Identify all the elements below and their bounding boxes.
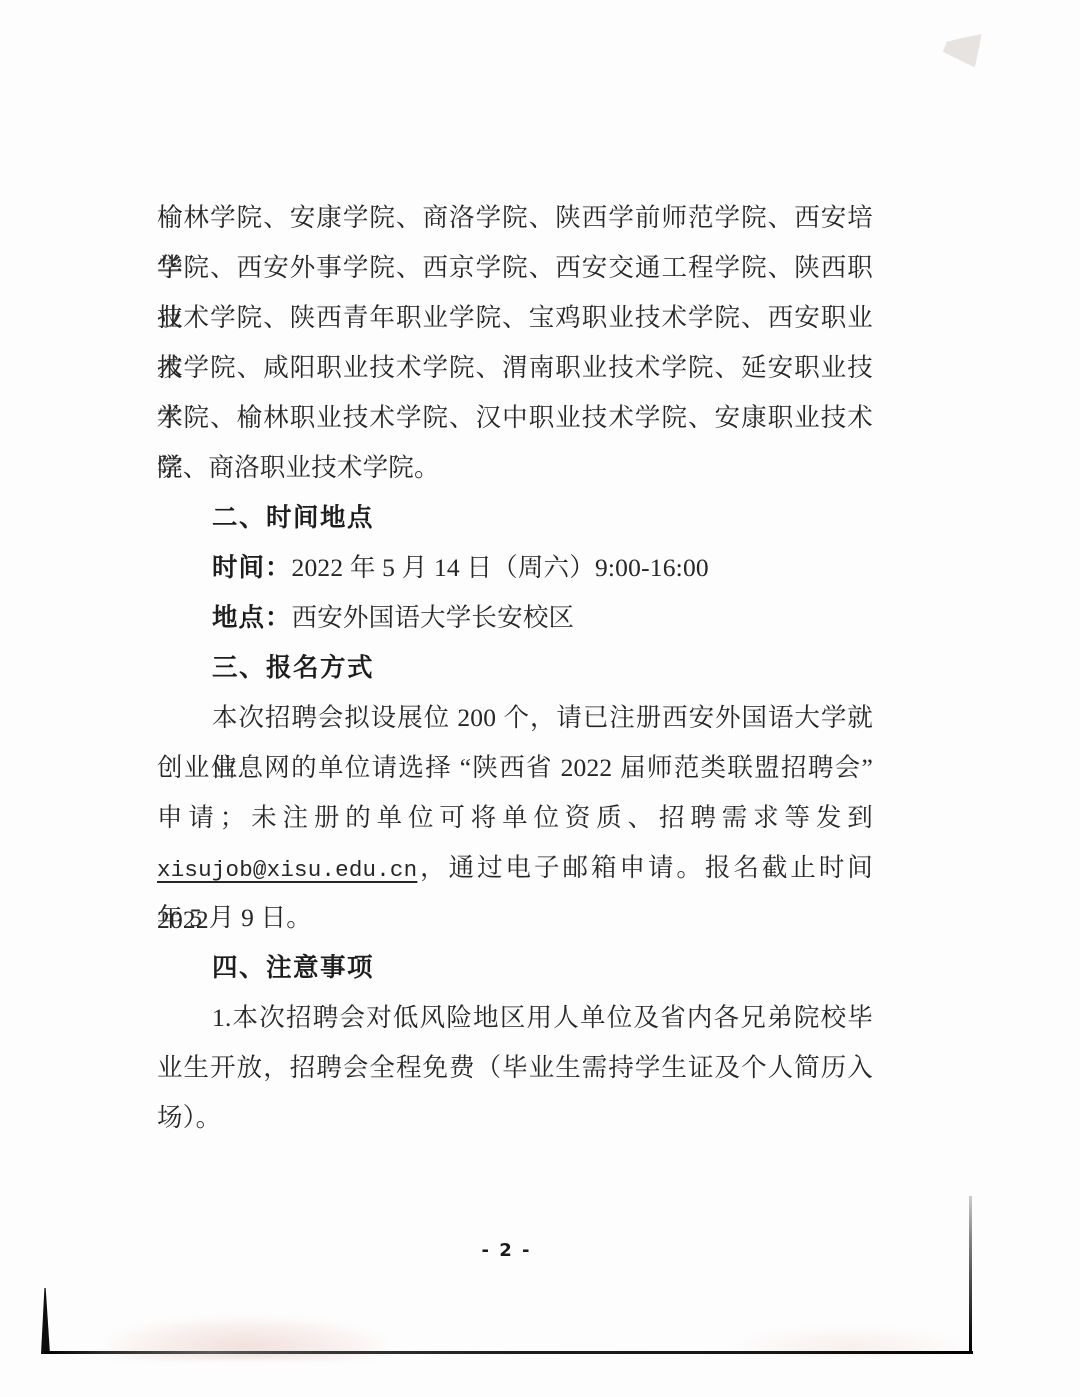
signup-email-line: xisujob@xisu.edu.cn，通过电子邮箱申请。报名截止时间 2022: [157, 843, 873, 893]
notes-line-last: 场）。: [157, 1093, 873, 1143]
page-number: - 2 -: [0, 1240, 1013, 1261]
colleges-line: 术学院、咸阳职业技术学院、渭南职业技术学院、延安职业技术: [157, 343, 873, 393]
scanned-document-page: 榆林学院、安康学院、商洛学院、陕西学前师范学院、西安培华 学院、西安外事学院、西…: [0, 0, 1080, 1397]
place-label: 地点：: [212, 604, 292, 632]
scan-smudge-top-right: [942, 33, 982, 69]
signup-line: 申请；未注册的单位可将单位资质、招聘需求等发到: [157, 793, 873, 843]
colleges-line-last: 院、商洛职业技术学院。: [157, 443, 873, 493]
colleges-line: 学院、西安外事学院、西京学院、西安交通工程学院、陕西职业: [157, 243, 873, 293]
signup-line: 创业信息网的单位请选择 “陕西省 2022 届师范类联盟招聘会”: [157, 743, 873, 793]
colleges-line: 技术学院、陕西青年职业学院、宝鸡职业技术学院、西安职业技: [157, 293, 873, 343]
document-body: 榆林学院、安康学院、商洛学院、陕西学前师范学院、西安培华 学院、西安外事学院、西…: [157, 193, 873, 1143]
time-label: 时间：: [212, 554, 292, 582]
notes-line: 业生开放，招聘会全程免费（毕业生需持学生证及个人简历入: [157, 1043, 873, 1093]
scan-edge-left-wedge: [41, 1288, 50, 1354]
signup-line: 本次招聘会拟设展位 200 个，请已注册西安外国语大学就业: [157, 693, 873, 743]
colleges-line: 学院、榆林职业技术学院、汉中职业技术学院、安康职业技术学: [157, 393, 873, 443]
scan-edge-right-line: [969, 1196, 972, 1354]
time-line: 时间：2022 年 5 月 14 日（周六）9:00-16:00: [157, 543, 873, 593]
scan-edge-bottom-line: [44, 1351, 973, 1354]
section-heading-time-place: 二、时间地点: [157, 493, 873, 543]
place-value: 西安外国语大学长安校区: [292, 603, 575, 632]
place-line: 地点：西安外国语大学长安校区: [157, 593, 873, 643]
signup-line-last: 年 5 月 9 日。: [157, 893, 873, 943]
colleges-line: 榆林学院、安康学院、商洛学院、陕西学前师范学院、西安培华: [157, 193, 873, 243]
notes-line: 1.本次招聘会对低风险地区用人单位及省内各兄弟院校毕: [157, 993, 873, 1043]
time-value: 2022 年 5 月 14 日（周六）9:00-16:00: [292, 553, 709, 582]
section-heading-notes: 四、注意事项: [157, 943, 873, 993]
email-address: xisujob@xisu.edu.cn: [157, 857, 417, 883]
section-heading-signup: 三、报名方式: [157, 643, 873, 693]
